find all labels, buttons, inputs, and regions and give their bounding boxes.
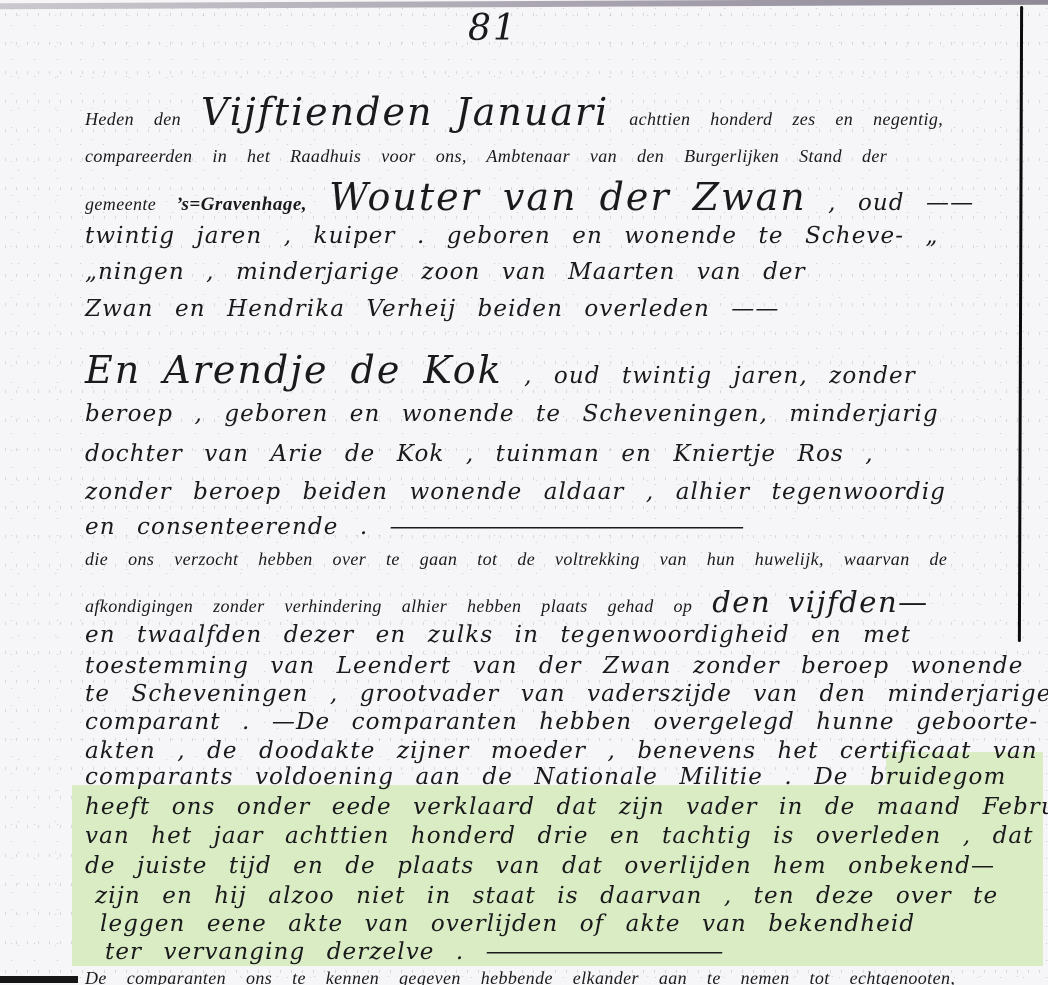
text-segment: van het jaar achttien honderd drie en ta… <box>85 823 1034 849</box>
text-line: comparants voldoening aan de Nationale M… <box>85 764 1006 790</box>
text-segment: De comparanten ons te kennen gegeven heb… <box>85 968 955 985</box>
text-line: die ons verzocht hebben over te gaan tot… <box>85 549 947 570</box>
text-segment: En Arendje de Kok <box>85 348 503 392</box>
text-line: Heden den Vijftienden Januari achttien h… <box>85 90 943 134</box>
text-segment: zonder beroep beiden wonende aldaar , al… <box>85 479 946 505</box>
text-line: „ningen , minderjarige zoon van Maarten … <box>85 259 806 285</box>
text-line: van het jaar achttien honderd drie en ta… <box>85 823 1034 849</box>
text-segment: „ningen , minderjarige zoon van Maarten … <box>85 259 806 285</box>
text-segment: Wouter van der Zwan <box>307 175 807 219</box>
text-segment: leggen eene akte van overlijden of akte … <box>100 911 915 937</box>
text-line: te Scheveningen , grootvader van vadersz… <box>85 681 1048 707</box>
text-segment: , oud —— <box>807 190 975 216</box>
text-segment: Zwan en Hendrika Verheij beiden overlede… <box>85 296 780 322</box>
text-segment: Heden den <box>85 109 201 129</box>
text-line: toestemming van Leendert van der Zwan zo… <box>85 653 1023 679</box>
text-segment: dochter van Arie de Kok , tuinman en Kni… <box>85 441 874 467</box>
page-number: 81 <box>468 8 518 49</box>
text-segment: heeft ons onder eede verklaard dat zijn … <box>85 794 1048 820</box>
text-line: De comparanten ons te kennen gegeven heb… <box>85 968 955 985</box>
text-line: leggen eene akte van overlijden of akte … <box>100 911 915 937</box>
scanned-document-page: 81 Heden den Vijftienden Januari achttie… <box>0 0 1048 985</box>
text-line: ter vervanging derzelve . ———————————— <box>105 939 720 965</box>
text-line: akten , de doodakte zijner moeder , bene… <box>85 738 1048 764</box>
text-segment: en twaalfden dezer en zulks in tegenwoor… <box>85 622 911 648</box>
text-segment: te Scheveningen , grootvader van vadersz… <box>85 681 1048 707</box>
text-segment: twintig jaren , kuiper . geboren en wone… <box>85 223 939 249</box>
text-line: zonder beroep beiden wonende aldaar , al… <box>85 479 946 505</box>
text-line: Zwan en Hendrika Verheij beiden overlede… <box>85 296 780 322</box>
text-line: heeft ons onder eede verklaard dat zijn … <box>85 794 1048 820</box>
text-layer: 81 Heden den Vijftienden Januari achttie… <box>0 0 1048 985</box>
text-segment: Vijftienden Januari <box>201 90 609 134</box>
text-segment: , oud twintig jaren, zonder <box>503 363 916 389</box>
text-segment: en consenteerende . <box>85 514 390 540</box>
text-segment: ’s=Gravenhage, <box>176 194 307 215</box>
text-segment: zijn en hij alzoo niet in staat is daarv… <box>95 883 998 909</box>
text-segment: toestemming van Leendert van der Zwan zo… <box>85 653 1023 679</box>
text-segment: de juiste tijd en de plaats van dat over… <box>85 853 995 879</box>
text-line: twintig jaren , kuiper . geboren en wone… <box>85 223 939 249</box>
text-segment: akten , de doodakte zijner moeder , bene… <box>85 738 1048 764</box>
text-segment: beroep , geboren en wonende te Schevenin… <box>85 401 939 427</box>
text-segment: comparants voldoening aan de Nationale M… <box>85 764 814 790</box>
text-segment: den vijfden— <box>712 585 928 619</box>
text-line: En Arendje de Kok , oud twintig jaren, z… <box>85 348 916 392</box>
text-line: de juiste tijd en de plaats van dat over… <box>85 853 995 879</box>
text-segment: comparant . —De comparanten hebben overg… <box>85 709 1038 735</box>
text-line: comparant . —De comparanten hebben overg… <box>85 709 1038 735</box>
text-line: afkondigingen zonder verhindering alhier… <box>85 585 929 619</box>
text-segment: De bruidegom <box>814 764 1006 790</box>
text-line: beroep , geboren en wonende te Schevenin… <box>85 401 939 427</box>
text-segment: gemeente <box>85 194 176 214</box>
text-line: en twaalfden dezer en zulks in tegenwoor… <box>85 622 911 648</box>
text-line: en consenteerende . —————————————————— <box>85 514 741 540</box>
text-segment: afkondigingen zonder verhindering alhier… <box>85 596 712 616</box>
text-line: dochter van Arie de Kok , tuinman en Kni… <box>85 441 874 467</box>
text-segment: compareerden in het Raadhuis voor ons, A… <box>85 146 887 166</box>
text-line: compareerden in het Raadhuis voor ons, A… <box>85 146 887 167</box>
text-segment: achttien honderd zes en negentig, <box>609 109 943 129</box>
text-segment: ter vervanging derzelve . <box>105 939 486 965</box>
text-segment: ———————————— <box>486 939 720 965</box>
text-segment: —————————————————— <box>390 514 741 540</box>
scan-bottom-left-edge <box>0 976 78 983</box>
text-segment: die ons verzocht hebben over te gaan tot… <box>85 549 947 569</box>
text-line: gemeente ’s=Gravenhage, Wouter van der Z… <box>85 175 974 219</box>
text-line: zijn en hij alzoo niet in staat is daarv… <box>95 883 998 909</box>
